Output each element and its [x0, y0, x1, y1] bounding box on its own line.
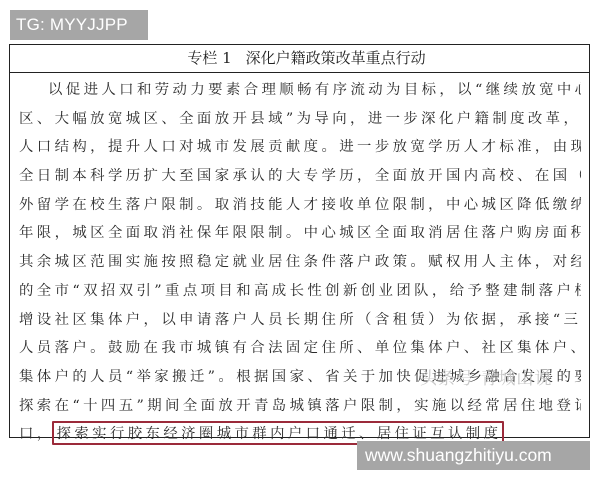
body-line: 年限，城区全面取消社保年限限制。中心城区全面取消居住落户购房面积限制， [19, 219, 581, 248]
body-line: 全日制本科学历扩大至国家承认的大专学历，全面放开国内高校、在国（境） [19, 162, 581, 191]
body-line: 外留学在校生落户限制。取消技能人才接收单位限制，中心城区降低缴纳社保 [19, 191, 581, 220]
source-watermark: 头条号 青城山说 [420, 364, 552, 389]
column-title: 专栏 1深化户籍政策改革重点行动 [10, 45, 589, 73]
column-body: 以促进人口和劳动力要素合理顺畅有序流动为目标，以“继续放宽中心城 区、大幅放宽城… [10, 73, 589, 449]
column-title-text: 深化户籍政策改革重点行动 [246, 49, 426, 67]
body-line: 人员落户。鼓励在我市城镇有合法固定住所、单位集体户、社区集体户、人才 [19, 334, 581, 363]
column-number: 专栏 1 [187, 49, 231, 67]
last-line-prefix: 口， [19, 426, 55, 442]
body-line: 的全市“双招双引”重点项目和高成长性创新创业团队，给予整建制落户权。 [19, 277, 581, 306]
body-line: 区、大幅放宽城区、全面放开县域”为导向，进一步深化户籍制度改革，优化 [19, 105, 581, 134]
body-line: 其余城区范围实施按照稳定就业居住条件落户政策。赋权用人主体，对经确定 [19, 248, 581, 277]
body-line: 探索在“十四五”期间全面放开青岛城镇落户限制，实施以经常居住地登记户 [19, 392, 581, 421]
tag-label: TG: MYYJJPP [10, 10, 148, 40]
body-line: 以促进人口和劳动力要素合理顺畅有序流动为目标，以“继续放宽中心城 [19, 76, 581, 105]
site-url-label: www.shuangzhitiyu.com [357, 441, 590, 470]
body-line: 人口结构，提升人口对城市发展贡献度。进一步放宽学历人才标准，由现行的 [19, 133, 581, 162]
body-line: 增设社区集体户，以申请落户人员长期住所（含租赁）为依据，承接“三无” [19, 306, 581, 335]
